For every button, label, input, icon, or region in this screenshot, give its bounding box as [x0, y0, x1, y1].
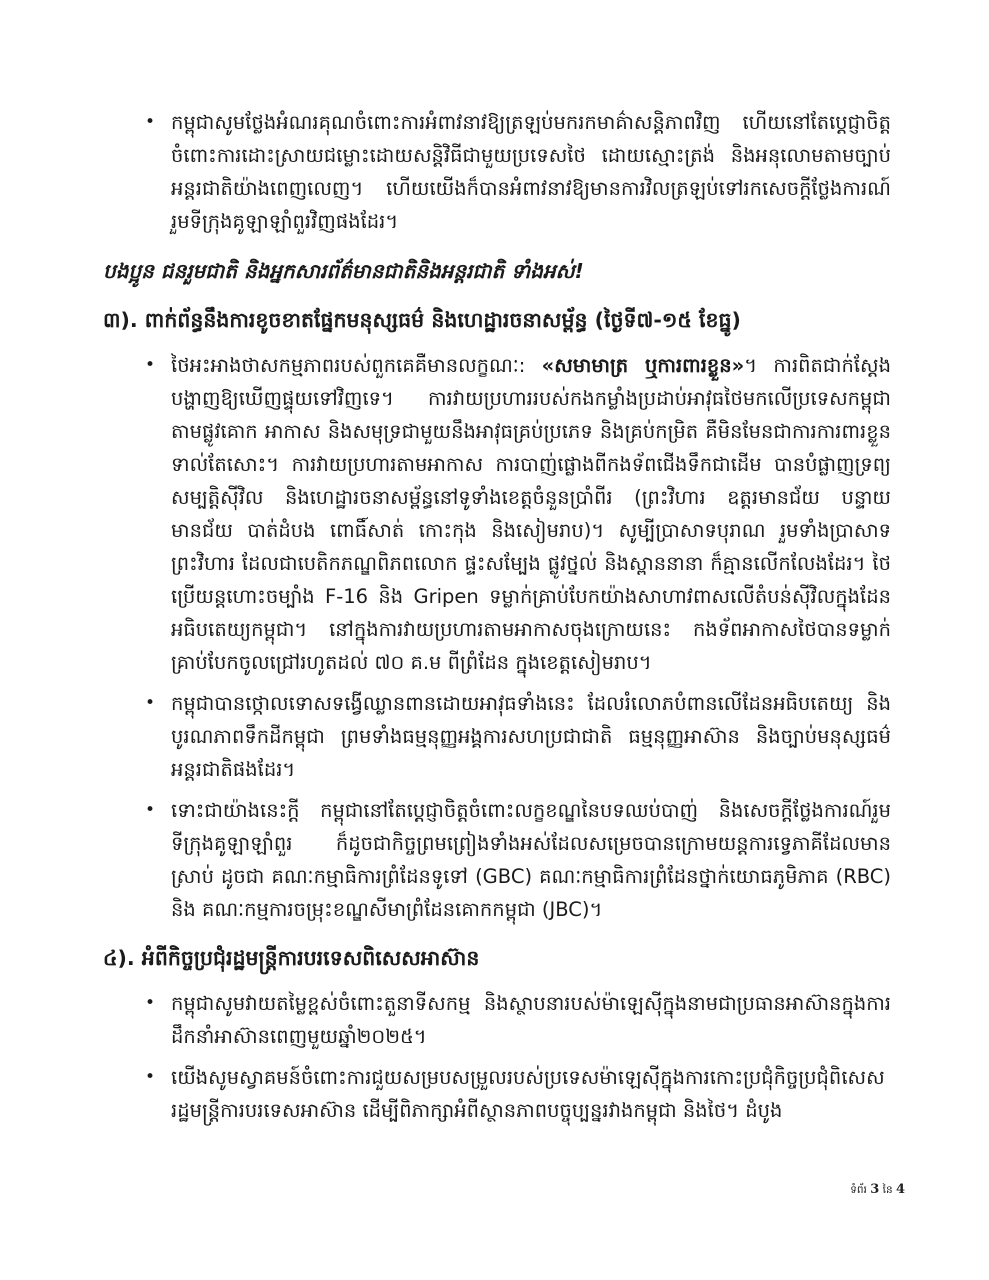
section-3-heading: ៣). ពាក់ព័ន្ធនឹងការខូចខាតផ្នែកមនុស្សធម៌ … [103, 302, 891, 339]
page-of-label: នៃ [883, 1184, 893, 1196]
list-item: • ទោះជាយ៉ាងនេះក្ដី កម្ពុជានៅតែប្ដេជ្ញាចិ… [103, 794, 891, 926]
bullet-icon: • [145, 794, 171, 827]
section-3-paragraph-1: ថៃអះអាងថាសកម្មភាពរបស់ពួកគេគឺមានលក្ខណៈ: «… [171, 349, 891, 679]
section-4-paragraph-2: យើងសូមស្វាគមន៍ចំពោះការជួយសម្របសម្រួលរបស់… [171, 1061, 891, 1127]
paragraph-text: ។ ការពិតជាក់ស្ដែងបង្ហាញឱ្យឃើញផ្ទុយទៅវិញទ… [171, 354, 891, 674]
list-item: • យើងសូមស្វាគមន៍ចំពោះការជួយសម្របសម្រួលរប… [103, 1061, 891, 1127]
list-item: • កម្ពុជាសូមវាយតម្លៃខ្ពស់ចំពោះតួនាទីសកម្… [103, 987, 891, 1053]
section-4-heading: ៤). អំពីកិច្ចប្រជុំរដ្ឋមន្ត្រីការបរទេសពិ… [103, 940, 891, 977]
intro-paragraph: កម្ពុជាសូមថ្លែងអំណរគុណចំពោះការអំពាវនាវឱ្… [171, 106, 891, 238]
section-4-paragraph-1: កម្ពុជាសូមវាយតម្លៃខ្ពស់ចំពោះតួនាទីសកម្ម … [171, 987, 891, 1053]
page-number: ទំព័រ 3 នៃ 4 [850, 1182, 905, 1198]
section-3-paragraph-3: ទោះជាយ៉ាងនេះក្ដី កម្ពុជានៅតែប្ដេជ្ញាចិត្… [171, 794, 891, 926]
bullet-icon: • [145, 687, 171, 720]
bullet-icon: • [145, 1061, 171, 1094]
paragraph-text: ថៃអះអាងថាសកម្មភាពរបស់ពួកគេគឺមានលក្ខណៈ: [171, 354, 542, 377]
list-item: • ថៃអះអាងថាសកម្មភាពរបស់ពួកគេគឺមានលក្ខណៈ:… [103, 349, 891, 679]
page-number-total: 4 [896, 1182, 905, 1197]
document-page: • កម្ពុជាសូមថ្លែងអំណរគុណចំពោះការអំពាវនាវ… [0, 0, 989, 1280]
document-content: • កម្ពុជាសូមថ្លែងអំណរគុណចំពោះការអំពាវនាវ… [103, 106, 891, 1135]
list-item: • កម្ពុជាសូមថ្លែងអំណរគុណចំពោះការអំពាវនាវ… [103, 106, 891, 238]
bullet-icon: • [145, 987, 171, 1020]
quoted-bold-text: «សមាមាត្រ ឬការពារខ្លួន» [542, 354, 745, 377]
page-number-current: 3 [870, 1182, 879, 1197]
salutation-line: បងប្អូន ជនរួមជាតិ និងអ្នកសារព័ត៌មានជាតិន… [103, 254, 891, 288]
bullet-icon: • [145, 106, 171, 139]
page-label: ទំព័រ [850, 1184, 867, 1196]
list-item: • កម្ពុជាបានថ្កោលទោសទង្វើឈ្លានពានដោយអាវុ… [103, 687, 891, 786]
section-3-paragraph-2: កម្ពុជាបានថ្កោលទោសទង្វើឈ្លានពានដោយអាវុធទ… [171, 687, 891, 786]
bullet-icon: • [145, 349, 171, 382]
